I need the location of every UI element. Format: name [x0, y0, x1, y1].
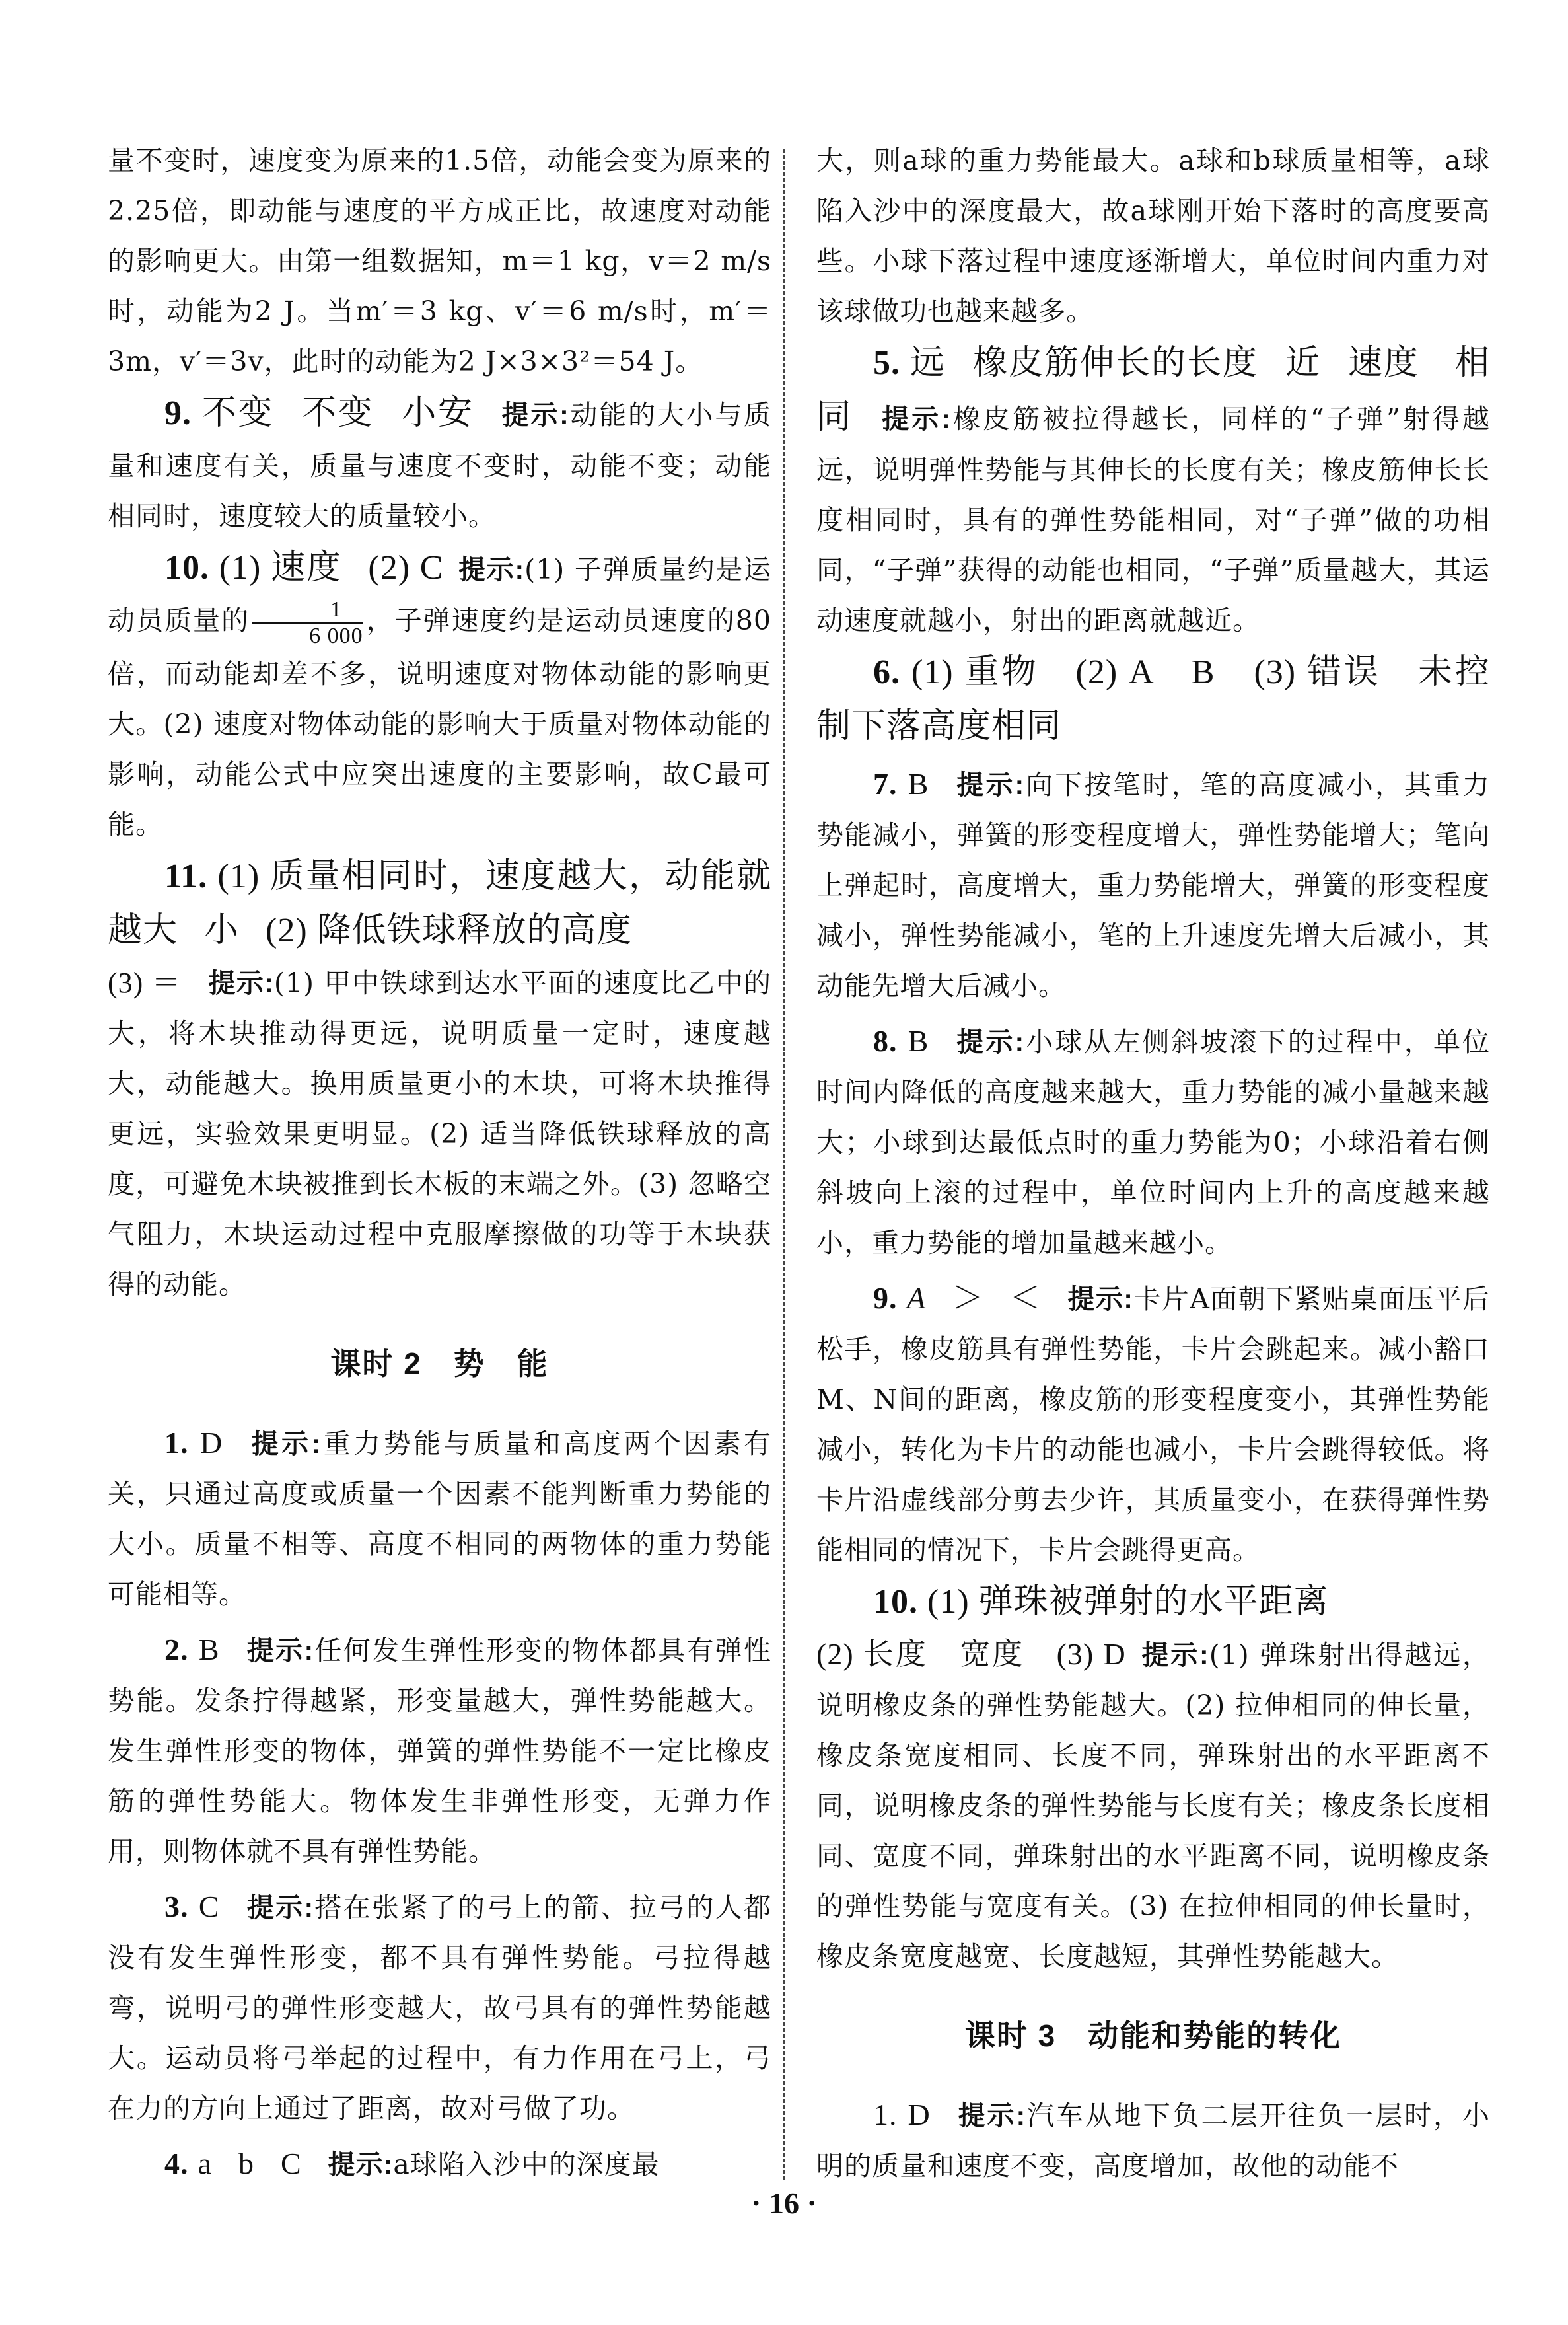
answer-s2-6: 6. (1) 重物 (2) A B (3) 错误 未控制下落高度相同 [816, 646, 1490, 754]
hint-label: 提示: [246, 1635, 314, 1666]
hint-label: 提示: [880, 404, 951, 434]
answer-value: ＜ [1010, 1281, 1041, 1315]
hint-label: 提示: [501, 400, 569, 430]
answer-s2-4-continuation: 大，则a球的重力势能最大。a球和b球质量相等，a球陷入沙中的深度最大，故a球刚开… [816, 135, 1490, 336]
question-number: 6. [873, 653, 900, 691]
hint-label: 提示: [955, 1027, 1024, 1057]
answer-value: 近 [1285, 344, 1321, 382]
answer-s2-7: 7. B提示:向下按笔时，笔的高度减小，其重力势能减小，弹簧的形变程度增大，弹性… [816, 759, 1490, 1011]
question-number: 9. [873, 1281, 898, 1315]
column-divider [783, 149, 785, 2180]
answer-s2-9: 9. A＞＜提示:卡片A面朝下紧贴桌面压平后松手，橡皮筋具有弹性势能，卡片会跳起… [816, 1273, 1490, 1575]
hint-text: a球陷入沙中的深度最 [393, 2149, 659, 2180]
answer-11: 11. (1) 质量相同时，速度越大，动能就越大小(2) 降低铁球释放的高度 (… [108, 850, 771, 1310]
answer-9: 9. 不变不变小安提示:动能的大小与质量和速度有关，质量与速度不变时，动能不变；… [108, 387, 771, 541]
hint-label: 提示: [246, 1892, 314, 1923]
question-number: 2. [164, 1633, 189, 1666]
hint-text: (1) 甲中铁球到达水平面的速度比乙中的大，将木块推动得更远，说明质量一定时，速… [108, 967, 771, 1300]
answer-s2-1: 1. D提示:重力势能与质量和高度两个因素有关，只通过高度或质量一个因素不能判断… [108, 1418, 771, 1619]
answer-value: A [907, 1281, 926, 1315]
answer-value: (2) 降低铁球释放的高度 [266, 912, 632, 949]
fraction-denominator: 6 000 [252, 624, 363, 649]
question-number: 8. [873, 1024, 898, 1058]
answer-value: C [199, 1890, 220, 1923]
fraction: 16 000 [252, 597, 363, 649]
answer-value: a [198, 2147, 212, 2180]
hint-text: ，子弹速度约是运动员速度的80倍，而动能却差不多，说明速度对物体动能的影响更大。… [108, 605, 771, 840]
hint-label: 提示: [328, 2149, 394, 2180]
hint-text: (1) 弹珠射出得越远，说明橡皮条的弹性势能越大。(2) 拉伸相同的伸长量，橡皮… [816, 1639, 1490, 1972]
answer-value: (1) 速度 [219, 549, 342, 587]
hint-text: 向下按笔时，笔的高度减小，其重力势能减小，弹簧的形变程度增大，弹性势能增大；笔向… [816, 769, 1490, 1002]
answer-value: B [199, 1633, 220, 1666]
answer-value: D [200, 1426, 223, 1459]
answer-s2-4: 4. abC提示:a球陷入沙中的深度最 [108, 2139, 771, 2190]
hint-text: 搭在张紧了的弓上的箭、拉弓的人都没有发生弹性形变，都不具有弹性势能。弓拉得越弯，… [108, 1892, 771, 2124]
page-number: · 16 · [0, 2186, 1568, 2221]
answer-value: 橡皮筋伸长的长度 [972, 344, 1258, 382]
question-number: 5. [873, 344, 900, 382]
hint-label: 提示: [208, 968, 274, 998]
answer-value: (1) 重物 (2) A B (3) 错误 未 [911, 653, 1455, 691]
question-number: 9. [164, 394, 192, 432]
answer-s2-10: 10. (1) 弹珠被弹射的水平距离 (2) 长度 宽度 (3) D提示:(1)… [816, 1575, 1490, 1981]
answer-value: C [281, 2147, 302, 2180]
question-number: 7. [873, 767, 898, 801]
hint-text: 任何发生弹性形变的物体都具有弹性势能。发条拧得越紧，形变量越大，弹性势能越大。发… [108, 1635, 771, 1867]
question-number: 1. [873, 2098, 898, 2131]
question-number: 10. [873, 1583, 918, 1621]
hint-label: 提示: [1067, 1284, 1133, 1314]
answer-text: 量不变时，速度变为原来的1.5倍，动能会变为原来的2.25倍，即动能与速度的平方… [108, 145, 771, 377]
answer-value: D [908, 2098, 930, 2131]
answer-s2-8: 8. B提示:小球从左侧斜坡滚下的过程中，单位时间内降低的高度越来越大，重力势能… [816, 1016, 1490, 1268]
question-number: 11. [164, 858, 207, 895]
answer-8-continuation: 量不变时，速度变为原来的1.5倍，动能会变为原来的2.25倍，即动能与速度的平方… [108, 135, 771, 387]
hint-label: 提示: [249, 1428, 321, 1459]
hint-label: 提示: [955, 770, 1024, 800]
answer-value: b [238, 2147, 254, 2180]
hint-label: 提示: [458, 554, 524, 585]
answer-value: B [908, 767, 929, 801]
answer-s3-1: 1. D提示:汽车从地下负二层开往负一层时，小明的质量和速度不变，高度增加，故他… [816, 2090, 1490, 2191]
question-number: 4. [164, 2147, 189, 2180]
fraction-numerator: 1 [252, 597, 363, 624]
hint-label: 提示: [957, 2100, 1026, 2131]
answer-value: 小安 [401, 394, 474, 432]
answer-10: 10. (1) 速度(2) C提示:(1) 子弹质量约是运动员质量的16 000… [108, 541, 771, 850]
hint-text: 大，则a球的重力势能最大。a球和b球质量相等，a球陷入沙中的深度最大，故a球刚开… [816, 145, 1490, 327]
answer-s2-3: 3. C提示:搭在张紧了的弓上的箭、拉弓的人都没有发生弹性形变，都不具有弹性势能… [108, 1882, 771, 2133]
answer-value: (2) 长度 宽度 (3) D [816, 1637, 1126, 1671]
answer-value: 小 [204, 912, 239, 949]
question-number: 1. [164, 1426, 189, 1459]
hint-text: 小球从左侧斜坡滚下的过程中，单位时间内降低的高度越来越大，重力势能的减小量越来越… [816, 1026, 1490, 1259]
left-column: 量不变时，速度变为原来的1.5倍，动能会变为原来的2.25倍，即动能与速度的平方… [108, 135, 771, 2190]
answer-value: 不变 [202, 394, 275, 432]
hint-label: 提示: [1141, 1640, 1209, 1670]
section-heading: 课时 2 势 能 [108, 1340, 771, 1384]
answer-value: (2) C [368, 549, 443, 587]
hint-text: 卡片A面朝下紧贴桌面压平后松手，橡皮筋具有弹性势能，卡片会跳起来。减小豁口M、N… [816, 1283, 1490, 1566]
question-number: 10. [164, 549, 209, 587]
section-heading: 课时 3 动能和势能的转化 [816, 2012, 1490, 2055]
answer-value: ＞ [952, 1281, 983, 1315]
question-number: 3. [164, 1890, 189, 1923]
hint-text: 橡皮筋被拉得越长，同样的“子弹”射得越远，说明弹性势能与其伸长的长度有关；橡皮筋… [816, 403, 1490, 636]
answer-value: (1) 弹珠被弹射的水平距离 [927, 1583, 1329, 1621]
answer-value: 远 [910, 344, 946, 382]
right-column: 大，则a球的重力势能最大。a球和b球质量相等，a球陷入沙中的深度最大，故a球刚开… [816, 135, 1490, 2191]
answer-value: B [908, 1024, 929, 1058]
answer-s2-2: 2. B提示:任何发生弹性形变的物体都具有弹性势能。发条拧得越紧，形变量越大，弹… [108, 1625, 771, 1876]
answer-value: 不变 [301, 394, 374, 432]
answer-s2-5: 5. 远橡皮筋伸长的长度近速度 相同提示:橡皮筋被拉得越长，同样的“子弹”射得越… [816, 336, 1490, 646]
answer-value: (3) ＝ [108, 967, 182, 999]
